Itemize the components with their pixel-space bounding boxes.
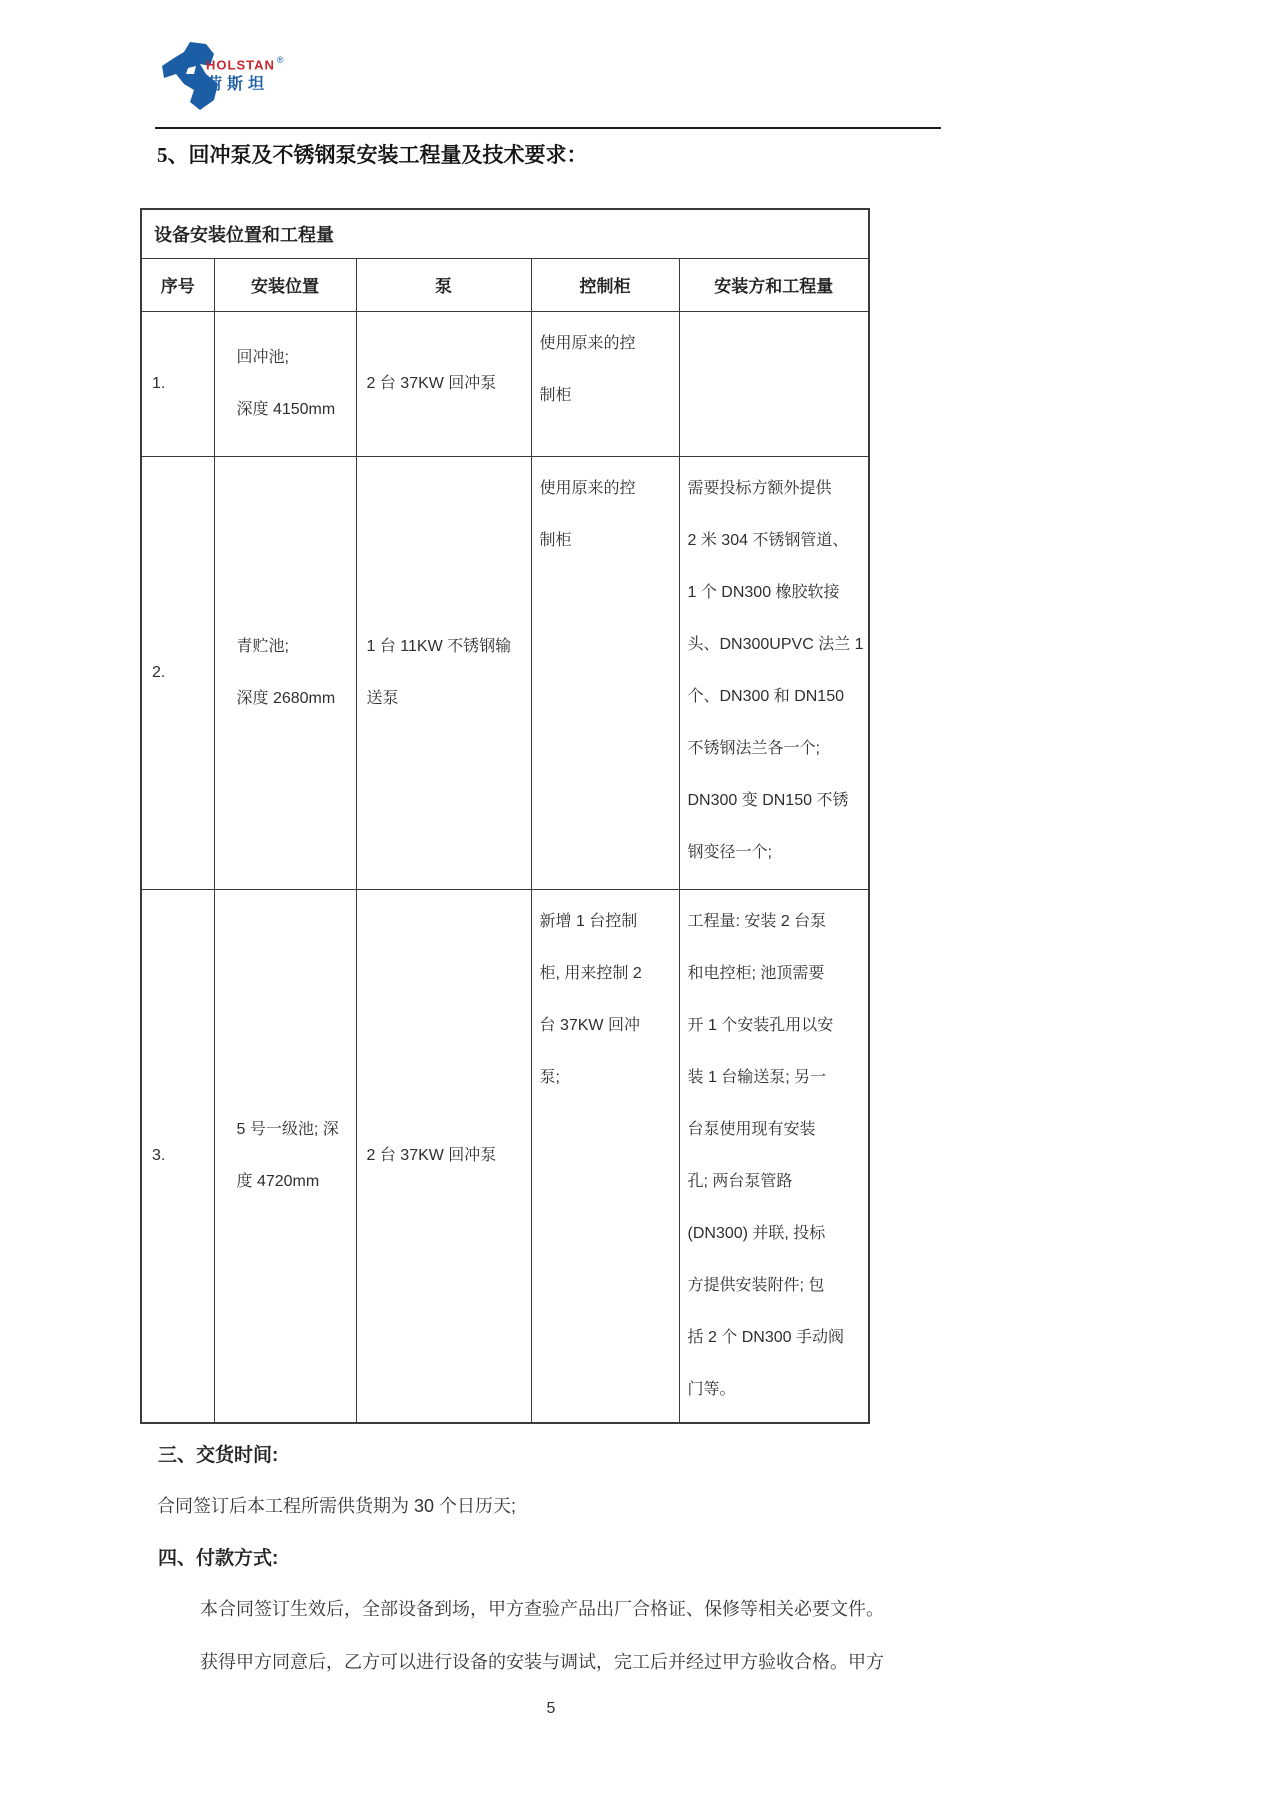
col-header-scope: 安装方和工程量 [679,258,869,311]
equipment-install-table: 设备安装位置和工程量 序号 安装位置 泵 控制柜 安装方和工程量 1. 回冲池;… [140,208,870,1424]
cell-scope: 工程量: 安装 2 台泵 和电控柜; 池顶需要 开 1 个安装孔用以安 装 1 … [679,889,869,1423]
cell-pump: 1 台 11KW 不锈钢输 送泵 [356,456,531,889]
company-logo: HOLSTAN® 荷斯坦 [160,40,310,120]
cell-location: 青贮池; 深度 2680mm [214,456,356,889]
cell-no: 3. [141,889,214,1423]
brand-name-cn: 荷斯坦 [206,76,284,94]
cell-cabinet: 使用原来的控 制柜 [531,456,679,889]
delivery-time-text: 合同签订后本工程所需供货期为 30 个日历天; [157,1492,516,1518]
header-rule [155,127,941,129]
payment-paragraph-2: 获得甲方同意后，乙方可以进行设备的安装与调试，完工后并经过甲方验收合格。甲方 [200,1648,960,1674]
cell-no: 1. [141,311,214,456]
table-title: 设备安装位置和工程量 [141,209,869,258]
table-title-row: 设备安装位置和工程量 [141,209,869,258]
cell-pump: 2 台 37KW 回冲泵 [356,889,531,1423]
col-header-location: 安装位置 [214,258,356,311]
cell-no: 2. [141,456,214,889]
cell-cabinet: 新增 1 台控制 柜, 用来控制 2 台 37KW 回冲 泵; [531,889,679,1423]
cell-cabinet: 使用原来的控 制柜 [531,311,679,456]
section-heading: 5、回冲泵及不锈钢泵安装工程量及技术要求： [157,139,588,169]
cell-location: 5 号一级池; 深 度 4720mm [214,889,356,1423]
table-row: 2. 青贮池; 深度 2680mm 1 台 11KW 不锈钢输 送泵 使用原来的… [141,456,869,889]
table-row: 3. 5 号一级池; 深 度 4720mm 2 台 37KW 回冲泵 新增 1 … [141,889,869,1423]
col-header-pump: 泵 [356,258,531,311]
logo-text: HOLSTAN® 荷斯坦 [206,56,284,94]
table-row: 1. 回冲池; 深度 4150mm 2 台 37KW 回冲泵 使用原来的控 制柜 [141,311,869,456]
table-header-row: 序号 安装位置 泵 控制柜 安装方和工程量 [141,258,869,311]
page-number: 5 [157,1700,945,1718]
cell-pump: 2 台 37KW 回冲泵 [356,311,531,456]
brand-name-en: HOLSTAN [206,57,275,72]
cell-scope: 需要投标方额外提供 2 米 304 不锈钢管道、 1 个 DN300 橡胶软接 … [679,456,869,889]
cell-scope [679,311,869,456]
cell-location: 回冲池; 深度 4150mm [214,311,356,456]
col-header-no: 序号 [141,258,214,311]
delivery-time-label: 三、交货时间: [158,1440,278,1467]
document-page: HOLSTAN® 荷斯坦 5、回冲泵及不锈钢泵安装工程量及技术要求： 设备安装位… [0,0,1280,1810]
col-header-cabinet: 控制柜 [531,258,679,311]
payment-paragraph-1: 本合同签订生效后，全部设备到场，甲方查验产品出厂合格证、保修等相关必要文件。 [200,1595,960,1621]
payment-method-label: 四、付款方式: [158,1543,278,1570]
registered-mark: ® [277,55,284,65]
